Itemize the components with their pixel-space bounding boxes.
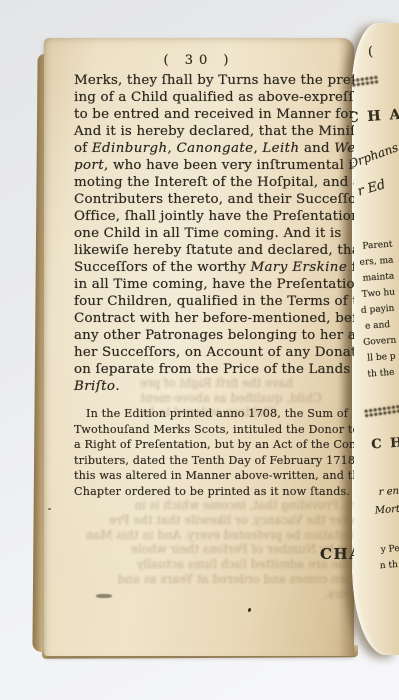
text-segment: Merks, they ſhall by Turns have the preſ… [74,73,354,88]
left-page: ( 30 ) Merks, they ſhall by Turns have t… [44,38,354,656]
ghost-line: rs. Providing that, income which is in [66,498,354,513]
text-line: any other Patronages belonging to her an… [74,327,354,344]
right-page-fragment: mainta [362,272,394,284]
right-page-fragment: th the [367,368,395,380]
right-page-curl: (C H AOrphansr EdParenters, mamaintaTwo … [352,23,399,655]
right-page-fragment: C H A [352,107,399,127]
note-line: Chapter ordered to be printed as it now … [74,484,354,500]
text-line: And it is hereby declared, that the Mini… [74,123,354,140]
right-page-fragment: Morta [375,503,399,516]
right-page-fragment: Orphans [352,140,399,171]
text-segment: of [74,141,92,156]
ghost-line: ſentation be preſented every. And in thi… [66,528,354,543]
ghost-line: after the Vacancy, or likewiſe that the … [66,513,354,528]
text-line: ing of a Child qualified as above-expreſ… [74,89,354,106]
text-segment: ſhall, [347,260,354,275]
text-segment: in all Time coming, have the Preſentatio… [74,277,354,292]
text-segment: and [299,141,334,156]
text-line: one Child in all Time coming. And it is [74,225,354,242]
italic-text-segment: Leith [262,141,299,156]
text-segment: to be entred and received in Manner fore… [74,107,354,122]
text-segment: any other Patronages belonging to her an… [74,328,354,343]
text-line: likewiſe hereby ſtatute and declared, th… [74,242,354,259]
page-number: ( 30 ) [44,53,354,68]
text-line: Merks, they ſhall by Turns have the preſ… [74,72,354,89]
ornament-band-icon [364,404,399,418]
chapter-catchword: CHAP. [320,545,354,563]
text-segment: , who have been very inſtrumental in pro… [104,158,354,173]
body-text: Merks, they ſhall by Turns have the preſ… [74,72,354,395]
text-line: Briſto. [74,378,354,395]
right-page-text-fragments: (C H AOrphansr EdParenters, mamaintaTwo … [352,23,399,655]
right-page-fragment: e and [365,320,391,332]
right-page-fragment: y Pe [380,544,399,555]
ghost-line: ner by Number of Perſons their whole [66,542,354,557]
text-line: four Children, qualified in the Terms of… [74,293,354,310]
text-segment: likewiſe hereby ſtatute and declared, th… [74,243,354,258]
right-page-fragment: Govern [363,336,397,348]
text-segment: one Child in all Time coming. And it is [74,226,341,241]
text-segment: . [115,379,119,394]
text-line: of Edinburgh, Canongate, Leith and Weſt- [74,140,354,157]
text-line: Contract with her before-mentioned, beſi… [74,310,354,327]
text-line: in all Time coming, have the Preſentatio… [74,276,354,293]
note-line: this was altered in Manner above-written… [74,468,354,484]
text-segment: moting the Intereſt of the Hoſpital, and… [74,175,354,190]
right-page-fragment: d payin [361,304,395,316]
right-page-fragment: Parent [362,240,393,252]
note-line: In the Edition printed anno 1708, the Su… [74,406,354,422]
note-line: tributers, dated the Tenth Day of Februa… [74,453,354,469]
text-segment: Contributers thereto, and their Succeſſo… [74,192,354,207]
ink-speck [48,508,51,510]
text-segment: Succeſſors of the worthy [74,260,250,275]
editorial-note: In the Edition printed anno 1708, the Su… [74,406,354,499]
ornament-band-icon [352,75,378,89]
ink-smudge [96,594,112,598]
right-page-fragment: ( [367,44,373,59]
text-segment: Office, ſhall jointly have the Preſentat… [74,209,354,224]
right-page-fragment: r en [378,486,399,498]
text-line: Contributers thereto, and their Succeſſo… [74,191,354,208]
italic-text-segment: Edinburgh [92,141,168,156]
italic-text-segment: Briſto [74,379,115,394]
book-photo: ( 30 ) Merks, they ſhall by Turns have t… [0,0,399,700]
note-line: Twothouſand Merks Scots, intituled the D… [74,422,354,438]
text-line: on ſeparate from the Price of the Lands … [74,361,354,378]
text-segment: Contract with her before-mentioned, beſi… [74,311,354,326]
right-page-fragment: n th [380,560,399,571]
italic-text-segment: Weſt- [334,141,354,156]
text-segment: ing of a Child qualified as above-expreſ… [74,90,354,105]
text-segment: And it is hereby declared, that the Mini… [74,124,354,139]
text-line: her Succeſſors, on Account of any Donati… [74,344,354,361]
right-page-fragment: ll be p [367,352,396,364]
text-line: port, who have been very inſtrumental in… [74,157,354,174]
text-line: moting the Intereſt of the Hoſpital, and… [74,174,354,191]
ink-speck [247,608,251,613]
text-segment: four Children, qualified in the Terms of… [74,294,354,309]
note-line: a Right of Preſentation, but by an Act o… [74,437,354,453]
ghost-line: then comes and ordered at Years as and [66,572,354,587]
right-page-fragment: C H [371,435,399,452]
text-line: Succeſſors of the worthy Mary Erskine ſh… [74,259,354,276]
text-line: Office, ſhall jointly have the Preſentat… [74,208,354,225]
right-page-fragment: ers, ma [359,256,393,268]
right-page-fragment: Two hu [362,288,396,300]
italic-text-segment: port [74,158,104,173]
italic-text-segment: Mary Erskine [250,260,347,275]
text-segment: her Succeſſors, on Account of any Donati… [74,345,354,360]
text-line: to be entred and received in Manner fore… [74,106,354,123]
text-segment: on ſeparate from the Price of the Lands … [74,362,354,377]
right-page-fragment: r Ed [356,177,387,199]
italic-text-segment: Canongate [176,141,253,156]
ghost-line: time are admitted ſuch ſums actually [66,557,354,572]
showthrough-text-bottom: rs. Providing that, income which is inaf… [66,498,354,602]
